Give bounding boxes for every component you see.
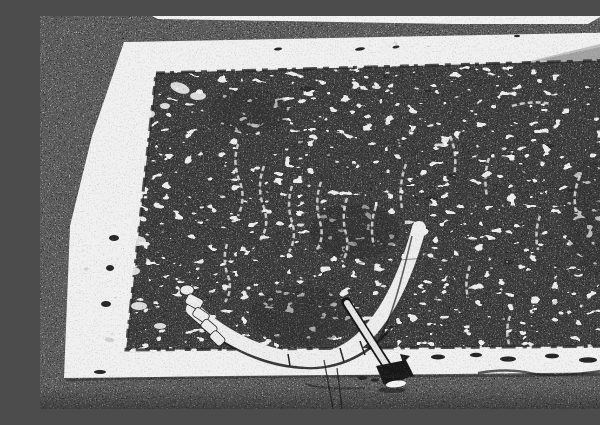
photo-canvas bbox=[40, 16, 600, 409]
photocopy-grain-overlay bbox=[40, 16, 600, 409]
bottom-vignette bbox=[40, 386, 600, 409]
excavation-photograph bbox=[40, 16, 600, 409]
